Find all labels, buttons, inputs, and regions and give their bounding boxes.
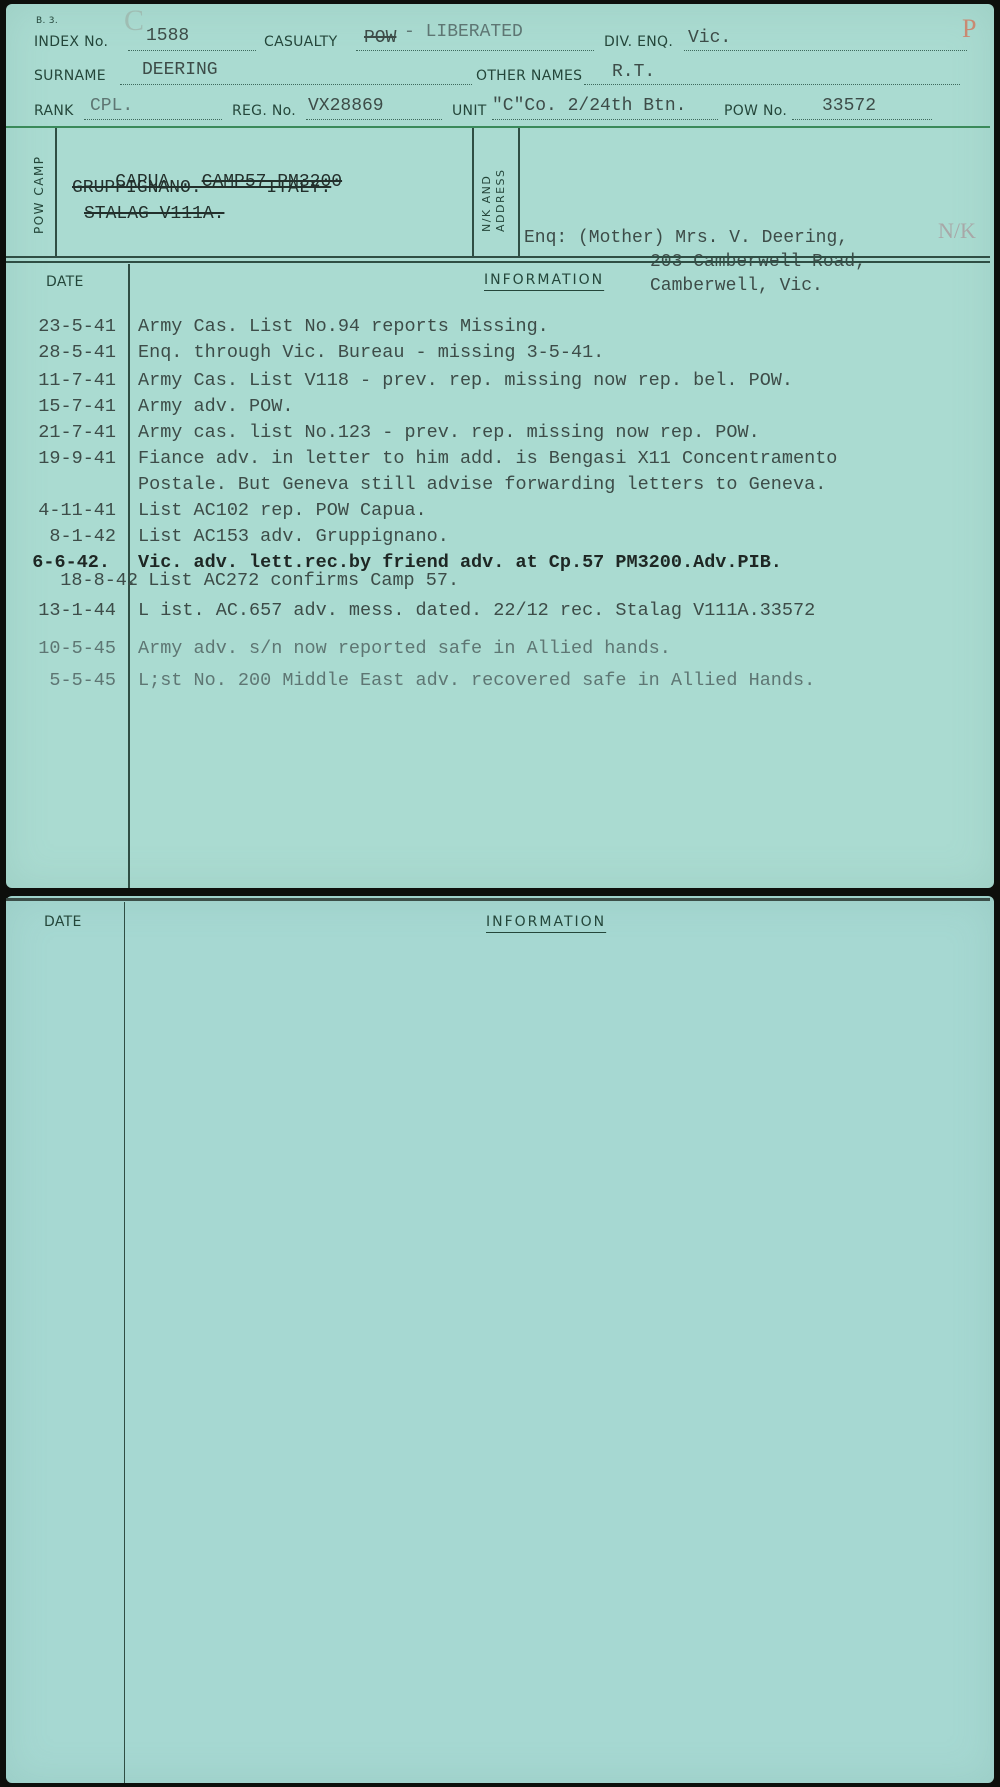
table-top-rule-2 <box>6 261 990 263</box>
surname-value: DEERING <box>142 60 218 80</box>
row-information: . List AC272 confirms Camp 57. <box>126 570 459 591</box>
nk-address-line-3: Camberwell, Vic. <box>650 276 823 296</box>
record-card-back: DATE INFORMATION <box>6 896 994 1783</box>
information-header: INFORMATION <box>484 272 604 288</box>
pen-index-mark: C <box>124 4 144 38</box>
unit-line <box>492 119 718 120</box>
pow-no-line <box>792 119 932 120</box>
row-date: 11-7-41 <box>38 370 116 391</box>
reg-no-value: VX28869 <box>308 96 384 116</box>
row-information: Postale. But Geneva still advise forward… <box>138 474 826 495</box>
row-information: List AC153 adv. Gruppignano. <box>138 526 449 547</box>
row-date: 15-7-41 <box>38 396 116 417</box>
nk-address-line-1: Enq: (Mother) Mrs. V. Deering, <box>524 228 848 248</box>
row-information: L ist. AC.657 adv. mess. dated. 22/12 re… <box>138 600 815 621</box>
row-date: 8-1-42 <box>49 526 116 547</box>
row-information: L;st No. 200 Middle East adv. recovered … <box>138 670 815 691</box>
index-no-value: 1588 <box>146 26 189 46</box>
rank-label: RANK <box>34 103 74 119</box>
date-header: DATE <box>46 274 84 290</box>
index-no-label: INDEX No. <box>34 34 108 50</box>
pow-no-value: 33572 <box>822 96 876 116</box>
nk-label-divider-right <box>518 128 520 256</box>
row-date: 21-7-41 <box>38 422 116 443</box>
row-date: 28-5-41 <box>38 342 116 363</box>
rank-line <box>84 119 222 120</box>
casualty-value: - LIBERATED <box>404 22 523 42</box>
div-enq-label: DIV. ENQ. <box>604 34 673 50</box>
other-names-line <box>584 84 960 85</box>
row-date: 13-1-44 <box>38 600 116 621</box>
pow-camp-line-3: STALAG V111A. <box>84 204 224 224</box>
reg-no-label: REG. No. <box>232 103 296 119</box>
table-top-rule-1 <box>6 256 990 258</box>
nk-label-divider-left <box>472 128 474 256</box>
record-card-front: B. 3. C P INDEX No. 1588 CASUALTY POW - … <box>6 4 994 888</box>
casualty-struck-value: POW <box>364 28 396 48</box>
row-date: 4-11-41 <box>38 500 116 521</box>
pow-camp-line-2: GRUPPIGNANO. ITALY. <box>72 178 331 198</box>
row-information: Army Cas. List V118 - prev. rep. missing… <box>138 370 793 391</box>
pen-margin-mark: P <box>962 14 976 44</box>
casualty-label: CASUALTY <box>264 34 337 50</box>
row-information: Army cas. list No.123 - prev. rep. missi… <box>138 422 760 443</box>
pow-camp-label: POW CAMP <box>32 155 46 234</box>
pow-camp-divider <box>55 128 57 256</box>
row-information: Enq. through Vic. Bureau - missing 3-5-4… <box>138 342 604 363</box>
back-information-header: INFORMATION <box>486 914 606 930</box>
header-divider <box>6 126 990 128</box>
index-no-line <box>128 50 256 51</box>
form-code: B. 3. <box>36 16 58 26</box>
row-date: 10-5-45 <box>38 638 116 659</box>
div-enq-value: Vic. <box>688 28 731 48</box>
other-names-label: OTHER NAMES <box>476 68 582 84</box>
rank-value: CPL. <box>90 96 133 116</box>
row-information: List AC102 rep. POW Capua. <box>138 500 427 521</box>
pen-nk-mark: N/K <box>938 218 976 244</box>
back-date-column-divider <box>124 902 125 1783</box>
div-enq-line <box>684 50 967 51</box>
row-information: Fiance adv. in letter to him add. is Ben… <box>138 448 837 469</box>
unit-label: UNIT <box>452 103 487 119</box>
surname-label: SURNAME <box>34 68 106 84</box>
unit-value: "C"Co. 2/24th Btn. <box>492 96 686 116</box>
surname-line <box>120 84 472 85</box>
row-date: 19-9-41 <box>38 448 116 469</box>
pow-no-label: POW No. <box>724 103 787 119</box>
other-names-value: R.T. <box>612 62 655 82</box>
row-date: 23-5-41 <box>38 316 116 337</box>
nk-address-label: N/K AND ADDRESS <box>480 142 508 232</box>
casualty-line <box>356 50 594 51</box>
row-information: Army adv. s/n now reported safe in Allie… <box>138 638 671 659</box>
row-information: Army adv. POW. <box>138 396 293 417</box>
back-top-rule <box>6 898 990 901</box>
row-information: Army Cas. List No.94 reports Missing. <box>138 316 549 337</box>
row-date: 5-5-45 <box>49 670 116 691</box>
reg-no-line <box>306 119 442 120</box>
back-date-header: DATE <box>44 914 82 930</box>
